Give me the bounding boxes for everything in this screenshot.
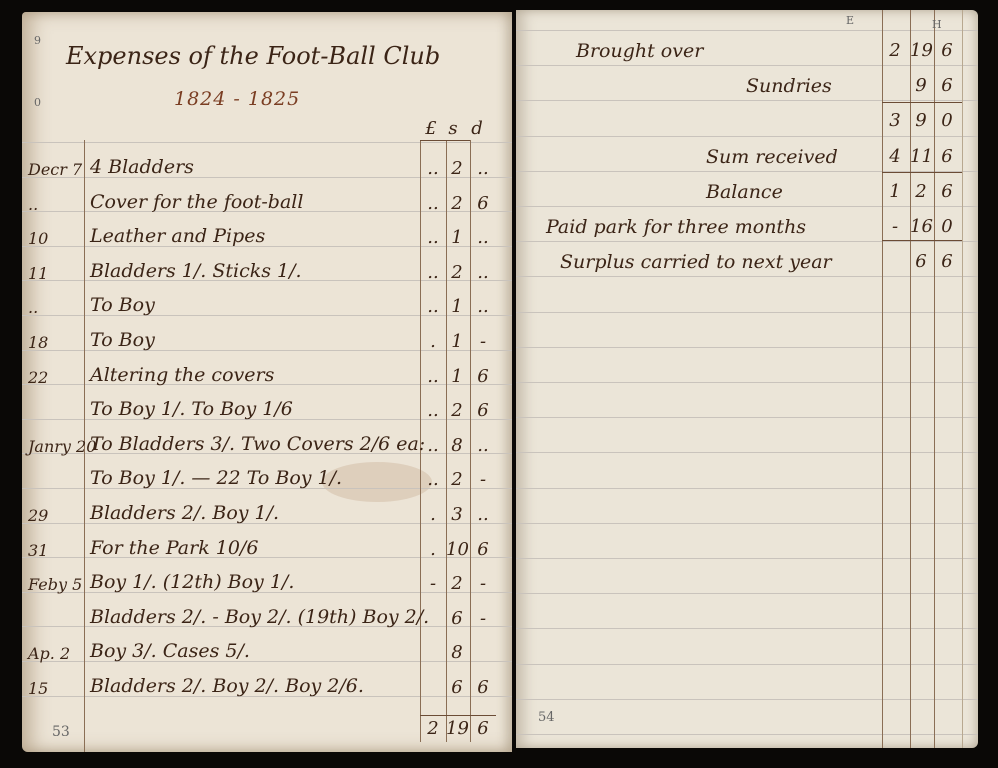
entry-pounds: .. [422, 469, 444, 490]
entry-item: Boy 3/. Cases 5/. [90, 640, 250, 662]
summary-shillings: 11 [910, 146, 932, 167]
summary-pence: 6 [936, 75, 958, 96]
entry-date: 29 [28, 506, 48, 525]
entry-item: Leather and Pipes [90, 225, 265, 247]
summary-shillings: 6 [910, 251, 932, 272]
entry-pence: 6 [472, 677, 494, 698]
entry-date: Feby 5 [28, 575, 82, 594]
entry-pounds: .. [422, 366, 444, 387]
entry-pounds: .. [422, 262, 444, 283]
entry-item: Bladders 2/. Boy 2/. Boy 2/6. [90, 675, 364, 697]
entry-pence: - [472, 469, 494, 490]
entry-shillings: 2 [446, 400, 468, 421]
right-page: E H Brought over 2 19 6 Sundries 9 6 3 9… [516, 10, 978, 748]
entry-pence: - [472, 331, 494, 352]
entry-item: Altering the covers [90, 364, 274, 386]
summary-pence: 0 [936, 110, 958, 131]
left-page: 9 0 Expenses of the Foot-Ball Club 1824 … [22, 12, 512, 752]
column-mark: H [932, 18, 942, 31]
received-rule [882, 172, 962, 173]
total-rule [420, 715, 496, 716]
entry-shillings: 1 [446, 331, 468, 352]
summary-pounds: 4 [884, 146, 906, 167]
entry-shillings: 1 [446, 366, 468, 387]
entry-pounds: .. [422, 435, 444, 456]
ruled-line [516, 734, 978, 735]
summary-pence: 6 [936, 40, 958, 61]
summary-pounds: 1 [884, 181, 906, 202]
total-pence: 6 [472, 718, 494, 739]
pence-column-rule [470, 140, 471, 742]
summary-shillings: 9 [910, 75, 932, 96]
entry-pence: 6 [472, 193, 494, 214]
ruled-line [516, 30, 978, 31]
summary-shillings: 19 [910, 40, 932, 61]
subtotal-rule [882, 102, 962, 103]
total-pounds: 2 [422, 718, 444, 739]
entry-pounds: . [422, 539, 444, 560]
page-edge-rule [962, 10, 963, 748]
ruled-line [516, 452, 978, 453]
entry-pence: - [472, 608, 494, 629]
ruled-line [516, 136, 978, 137]
summary-shillings: 2 [910, 181, 932, 202]
ruled-line [516, 276, 978, 277]
shillings-header: s [442, 118, 464, 139]
entry-pence: 6 [472, 539, 494, 560]
entry-shillings: 3 [446, 504, 468, 525]
ruled-line [516, 312, 978, 313]
total-shillings: 19 [446, 718, 468, 739]
ruled-line [516, 628, 978, 629]
year-range: 1824 - 1825 [174, 88, 300, 110]
entry-pounds: .. [422, 193, 444, 214]
entry-shillings: 10 [446, 539, 468, 560]
entry-date: .. [28, 298, 38, 317]
column-header-rule [420, 140, 470, 141]
ruled-line [516, 558, 978, 559]
ruled-line [516, 206, 978, 207]
entry-shillings: 8 [446, 435, 468, 456]
ruled-line [516, 382, 978, 383]
entry-item: To Boy [90, 329, 155, 351]
summary-pounds: - [884, 216, 906, 237]
entry-pounds: . [422, 504, 444, 525]
entry-shillings: 2 [446, 158, 468, 179]
entry-date: 18 [28, 333, 48, 352]
entry-item: To Boy 1/. — 22 To Boy 1/. [90, 467, 342, 489]
entry-date: Decr 7 [28, 160, 82, 179]
ruled-line [516, 593, 978, 594]
summary-item: Sundries [746, 75, 832, 97]
entry-date: 31 [28, 541, 48, 560]
entry-shillings: 6 [446, 677, 468, 698]
entry-date: 10 [28, 229, 48, 248]
summary-pounds: 2 [884, 40, 906, 61]
summary-pence: 6 [936, 251, 958, 272]
summary-shillings: 16 [910, 216, 932, 237]
entry-shillings: 6 [446, 608, 468, 629]
summary-shillings: 9 [910, 110, 932, 131]
entry-item: Boy 1/. (12th) Boy 1/. [90, 571, 294, 593]
ruled-line [22, 142, 512, 143]
ruled-line [516, 523, 978, 524]
ruled-line [516, 65, 978, 66]
ruled-line [516, 664, 978, 665]
entry-pence: .. [472, 296, 494, 317]
entry-pence: 6 [472, 400, 494, 421]
entry-pounds: . [422, 331, 444, 352]
entry-shillings: 8 [446, 642, 468, 663]
pence-column-rule [934, 10, 935, 748]
park-rule [882, 240, 962, 241]
summary-pence: 0 [936, 216, 958, 237]
entry-pence: .. [472, 158, 494, 179]
summary-item: Balance [706, 181, 783, 203]
entry-item: To Boy [90, 294, 155, 316]
entry-item: Bladders 1/. Sticks 1/. [90, 260, 302, 282]
entry-date: 11 [28, 264, 48, 283]
entry-item: 4 Bladders [90, 156, 194, 178]
entry-pounds: .. [422, 400, 444, 421]
summary-item: Brought over [576, 40, 703, 62]
summary-pounds: 3 [884, 110, 906, 131]
ruled-line [516, 699, 978, 700]
entry-shillings: 1 [446, 227, 468, 248]
entry-shillings: 2 [446, 469, 468, 490]
folio-number: 53 [52, 724, 70, 740]
entry-item: To Boy 1/. To Boy 1/6 [90, 398, 293, 420]
entry-pounds: - [422, 573, 444, 594]
entry-pounds: .. [422, 158, 444, 179]
entry-shillings: 2 [446, 193, 468, 214]
entry-pence: .. [472, 435, 494, 456]
entry-date: .. [28, 195, 38, 214]
entry-date: Ap. 2 [28, 644, 70, 663]
ruled-line [516, 417, 978, 418]
column-mark: E [846, 14, 854, 27]
ruled-line [516, 488, 978, 489]
entry-shillings: 1 [446, 296, 468, 317]
margin-mark: 0 [34, 96, 41, 109]
summary-item: Paid park for three months [546, 216, 806, 238]
page-title: Expenses of the Foot-Ball Club [66, 42, 440, 70]
entry-pence: .. [472, 262, 494, 283]
ruled-line [516, 347, 978, 348]
entry-item: Cover for the foot-ball [90, 191, 303, 213]
pounds-column-rule [882, 10, 883, 748]
entry-shillings: 2 [446, 573, 468, 594]
pounds-header: £ [420, 118, 442, 139]
entry-date: 22 [28, 368, 48, 387]
summary-pence: 6 [936, 146, 958, 167]
entry-shillings: 2 [446, 262, 468, 283]
entry-pence: .. [472, 227, 494, 248]
folio-number: 54 [538, 710, 555, 725]
entry-item: Bladders 2/. - Boy 2/. (19th) Boy 2/. [90, 606, 429, 628]
summary-item: Sum received [706, 146, 838, 168]
entry-pence: .. [472, 504, 494, 525]
entry-date: Janry 20 [28, 437, 96, 456]
entry-item: For the Park 10/6 [90, 537, 258, 559]
entry-pounds: .. [422, 296, 444, 317]
entry-pounds: .. [422, 227, 444, 248]
entry-item: Bladders 2/. Boy 1/. [90, 502, 279, 524]
ruled-line [516, 241, 978, 242]
summary-item: Surplus carried to next year [560, 251, 832, 273]
entry-item: To Bladders 3/. Two Covers 2/6 ea: [90, 433, 425, 455]
entry-pence: 6 [472, 366, 494, 387]
entry-pence: - [472, 573, 494, 594]
entry-date: 15 [28, 679, 48, 698]
pence-header: d [466, 118, 488, 139]
margin-mark: 9 [34, 34, 41, 47]
summary-pence: 6 [936, 181, 958, 202]
